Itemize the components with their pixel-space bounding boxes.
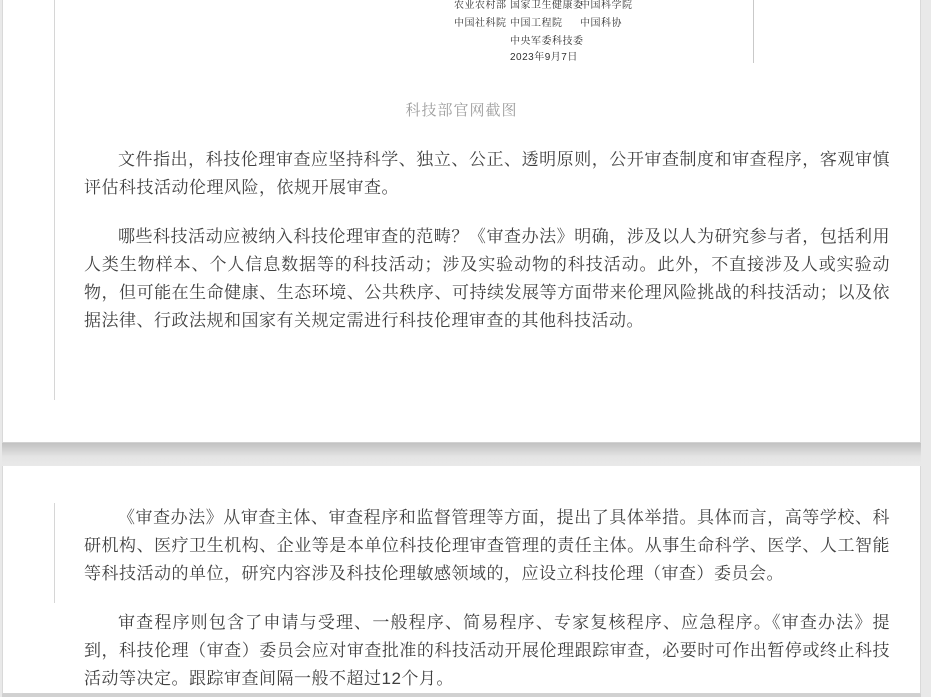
article-paragraph: 审查程序则包含了申请与受理、一般程序、简易程序、专家复核程序、应急程序。《审查办…	[84, 609, 890, 693]
article-paragraph: 哪些科技活动应被纳入科技伦理审查的范畴？《审查办法》明确，涉及以人为研究参与者，…	[84, 223, 890, 335]
ministry-name: 中央军委科技委	[510, 36, 584, 48]
page-gap-shadow	[2, 443, 921, 466]
ministry-name: 中国工程院	[510, 18, 563, 30]
article-body: 《审查办法》从审查主体、审查程序和监督管理等方面，提出了具体举措。具体而言，高等…	[84, 504, 890, 693]
document-page-2: 《审查办法》从审查主体、审查程序和监督管理等方面，提出了具体举措。具体而言，高等…	[2, 466, 921, 694]
document-page-1: 农业农村部 国家卫生健康委 中国科学院 中国社科院 中国工程院 中国科协 中央军…	[2, 0, 921, 443]
ministry-name: 中国科协	[580, 18, 622, 30]
text-margin-rule	[54, 0, 55, 400]
article-paragraph: 《审查办法》从审查主体、审查程序和监督管理等方面，提出了具体举措。具体而言，高等…	[84, 504, 890, 588]
image-caption: 科技部官网截图	[3, 99, 920, 120]
screenshot-right-border	[753, 0, 754, 63]
article-paragraph: 文件指出，科技伦理审查应坚持科学、独立、公正、透明原则，公开审查制度和审查程序，…	[84, 146, 890, 202]
document-date: 2023年9月7日	[510, 52, 578, 64]
ministry-name: 中国科学院	[580, 0, 633, 12]
article-body: 文件指出，科技伦理审查应坚持科学、独立、公正、透明原则，公开审查制度和审查程序，…	[84, 146, 890, 335]
ministry-name: 农业农村部	[454, 0, 507, 12]
ministry-name: 中国社科院	[454, 18, 507, 30]
text-margin-rule	[54, 503, 55, 603]
ministry-name: 国家卫生健康委	[510, 0, 584, 12]
